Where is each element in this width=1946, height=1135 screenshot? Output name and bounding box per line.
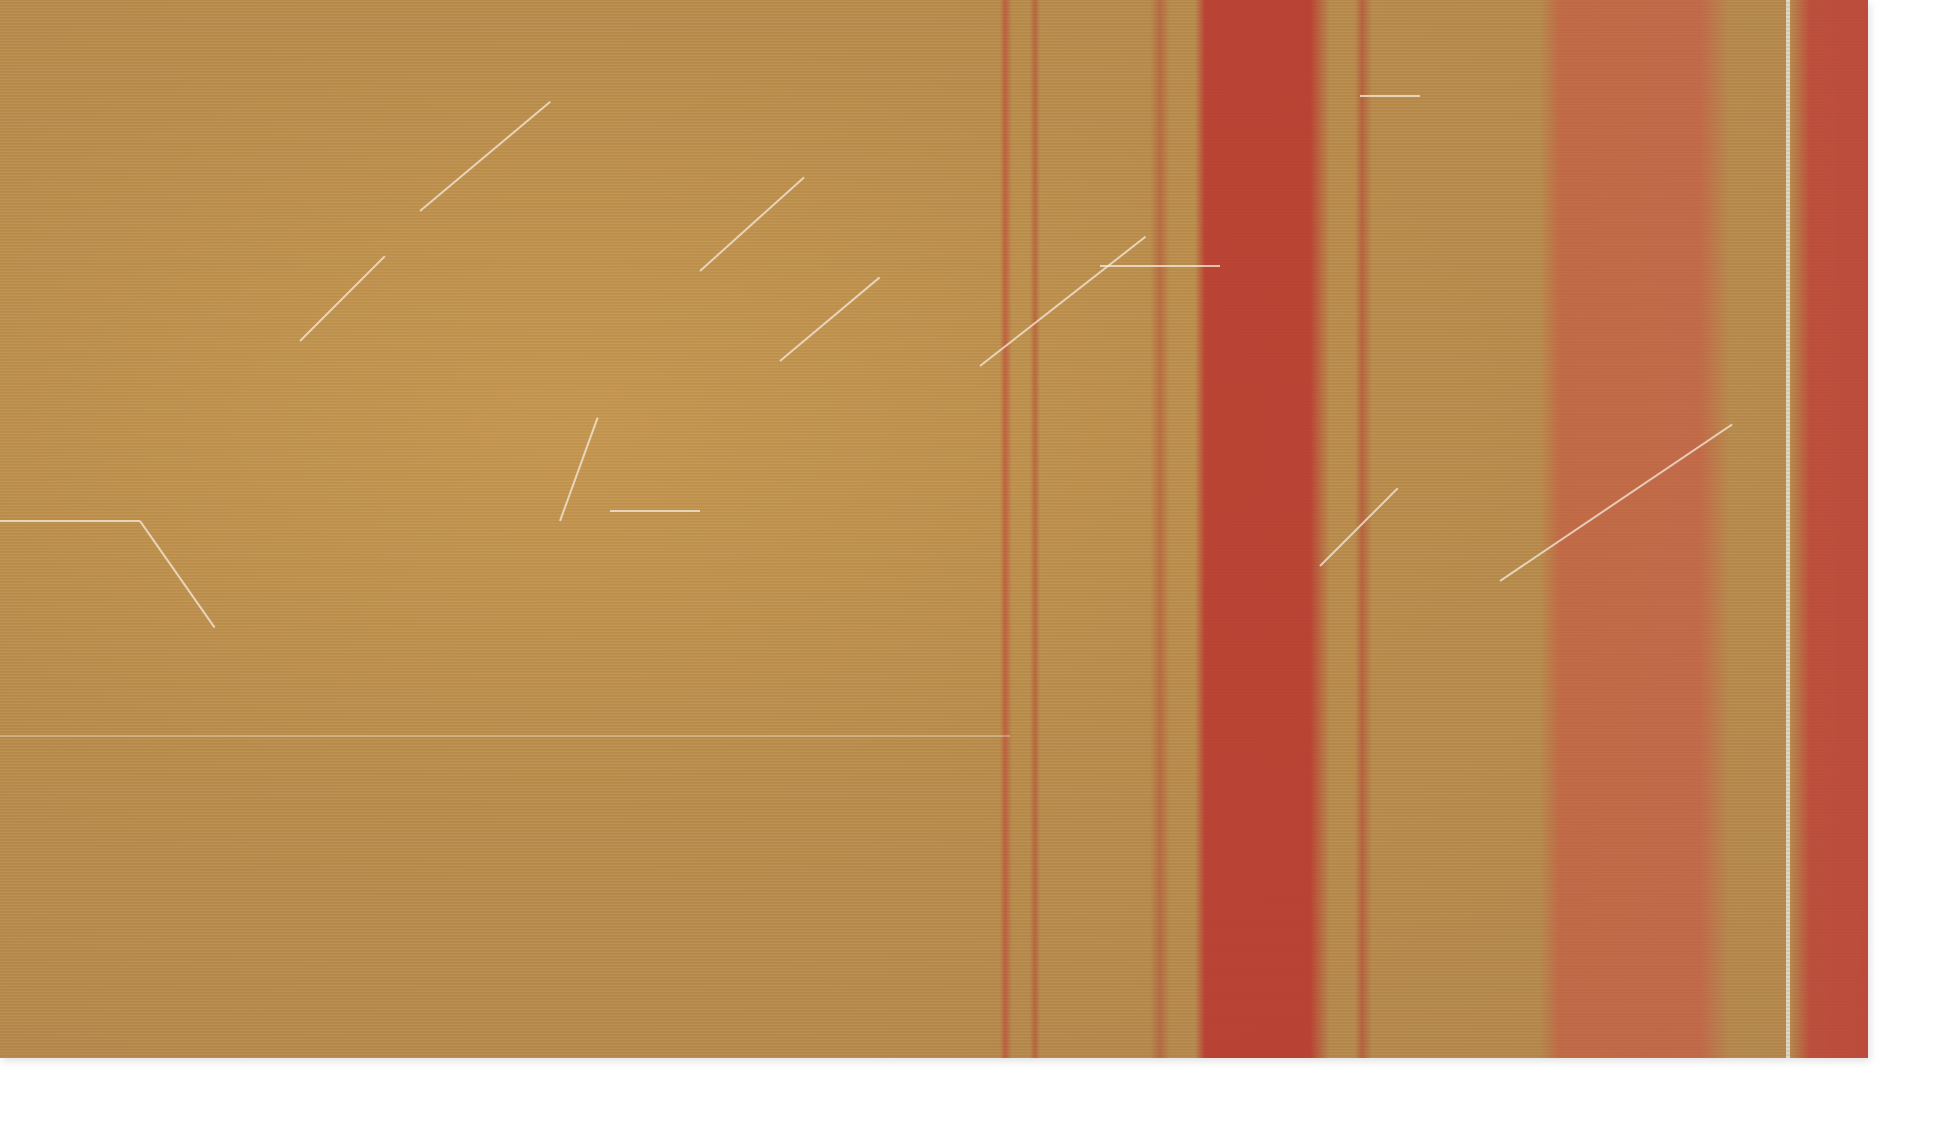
wear-mark — [1499, 424, 1732, 582]
wear-mark — [0, 520, 140, 522]
wear-mark — [1319, 488, 1398, 567]
rug-edge-binding — [1786, 0, 1790, 1058]
wear-mark — [0, 735, 1010, 737]
wear-mark — [1100, 265, 1220, 267]
wear-mark — [419, 101, 551, 212]
wear-mark — [979, 236, 1146, 367]
wear-mark — [779, 277, 880, 362]
wear-mark — [699, 177, 804, 272]
wear-mark — [299, 255, 385, 341]
wear-mark — [1360, 95, 1420, 97]
wear-mark — [559, 417, 599, 521]
wear-mark — [610, 510, 700, 512]
wear-mark — [139, 520, 215, 628]
rug-photo — [0, 0, 1868, 1058]
